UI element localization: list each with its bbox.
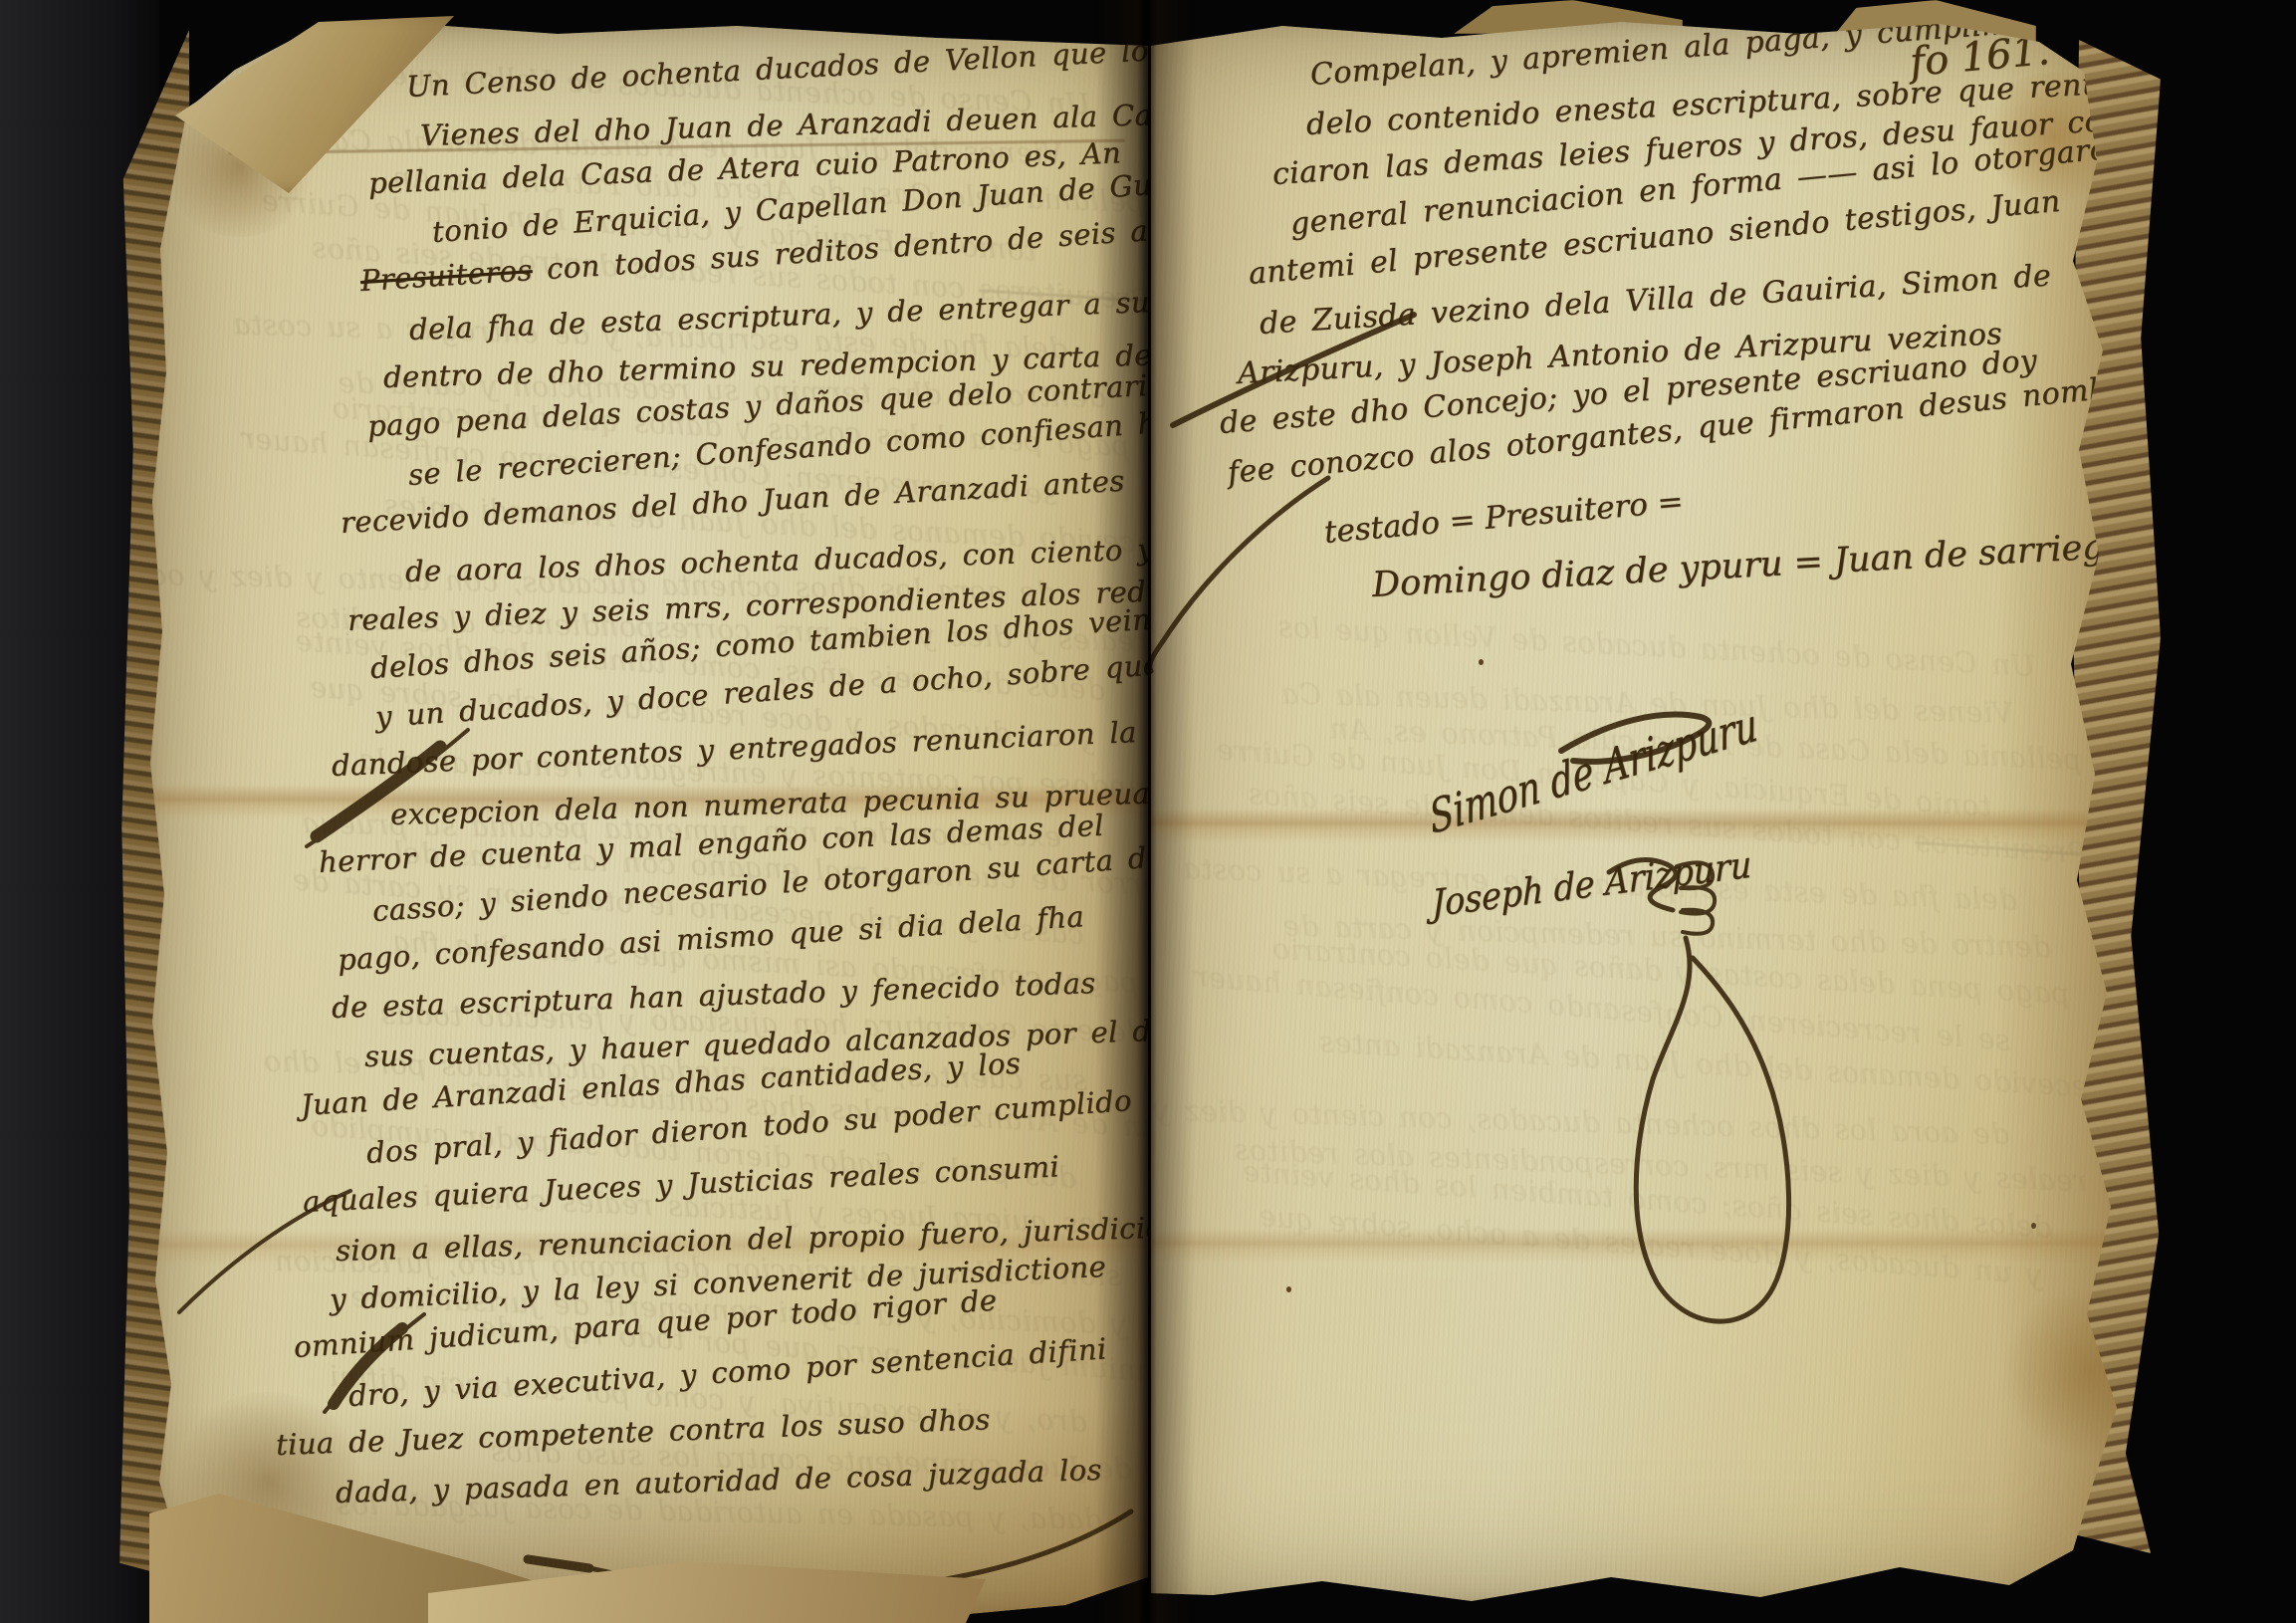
manuscript-line: de aora los dhos ochenta ducados, con ci… bbox=[1067, 1090, 2010, 1151]
manuscript-line: de esta escriptura han ajustado y feneci… bbox=[331, 966, 1096, 1025]
left-page: Un Censo de ochenta ducados de Vellon qu… bbox=[139, 18, 1150, 1623]
paper-speck bbox=[1286, 1286, 1291, 1292]
manuscript-line: se le recrecieren; Confesando como confi… bbox=[1193, 960, 2011, 1057]
manuscript-line: dentro de dho termino su redempcion y ca… bbox=[1281, 908, 2051, 964]
manuscript-line: pago pena delas costas y daños que delo … bbox=[1271, 932, 2071, 1011]
rubric-tail-loop bbox=[1636, 938, 1788, 1321]
signature-joseph-arizpuru: Joseph de Arizpuru bbox=[1432, 842, 1752, 925]
manuscript-line: recevido demanos del dho Juan de Aranzad… bbox=[1318, 1025, 2104, 1104]
signature-simon-arizpuru: Simon de Arizpuru bbox=[1426, 697, 1760, 844]
testado-note: testado = Presuitero = bbox=[1322, 484, 1685, 551]
paper-speck bbox=[1479, 659, 1484, 665]
manuscript-line: Vienes del dho Juan de Aranzadi deuen al… bbox=[1280, 676, 2013, 730]
struck-word: Presuiteros bbox=[359, 253, 534, 298]
paraph-stroke bbox=[1163, 478, 1328, 641]
manuscript-line: Un Censo de ochenta ducados de Vellon qu… bbox=[1276, 609, 2035, 683]
manuscript-line: Un Censo de ochenta ducados de Vellon qu… bbox=[405, 33, 1164, 104]
manuscript-scan: Un Censo de ochenta ducados de Vellon qu… bbox=[0, 0, 2296, 1623]
manuscript-line: dela fha de esta escriptura, y de entreg… bbox=[408, 281, 1244, 347]
right-page: Un Censo de ochenta ducados de Vellon qu… bbox=[1143, 12, 2155, 1613]
manuscript-line: delos dhos seis años; como tambien los d… bbox=[1241, 1154, 2053, 1245]
paper-speck bbox=[2031, 1223, 2036, 1229]
paraph-stroke bbox=[1150, 641, 1163, 671]
manuscript-line: y un ducados, y doce reales de a ocho, s… bbox=[1258, 1199, 2044, 1291]
manuscript-line: reales y diez y seis mrs, correspondient… bbox=[1234, 1132, 2088, 1197]
